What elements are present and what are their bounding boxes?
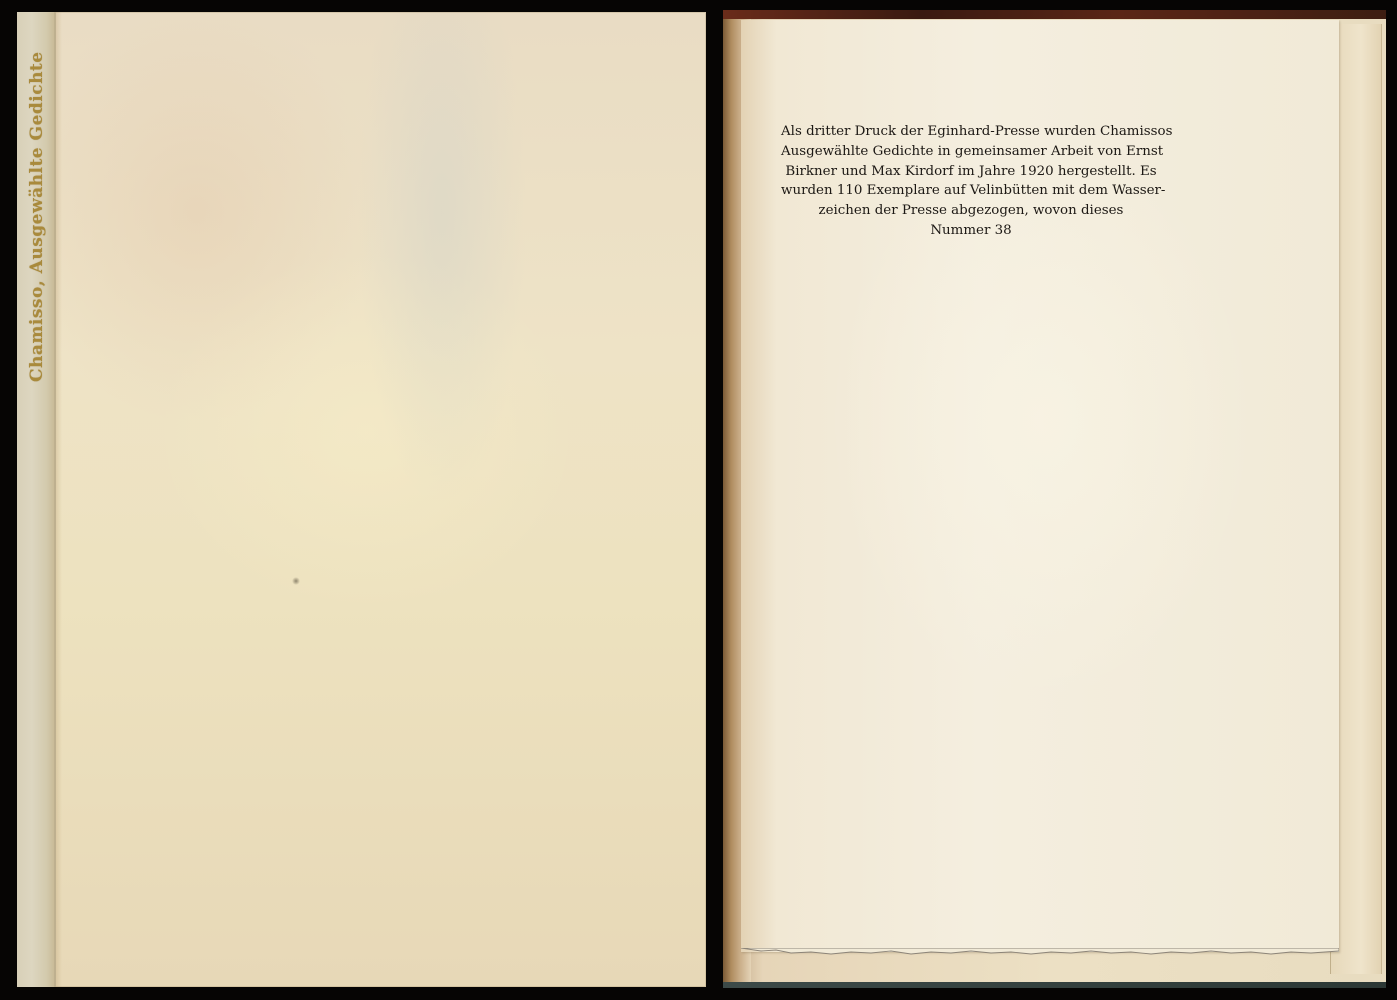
cover-hinge xyxy=(56,12,62,987)
book-front-cover: Chamisso, Ausgewählte Gedichte xyxy=(17,12,706,987)
colophon-line-4: wurden 110 Exemplare auf Velinbütten mit… xyxy=(781,181,1161,201)
colophon-line-3: Birkner und Max Kirdorf im Jahre 1920 he… xyxy=(781,162,1161,182)
colophon-line-2: Ausgewählte Gedichte in gemeinsamer Arbe… xyxy=(781,142,1161,162)
book-photograph: Chamisso, Ausgewählte Gedichte Als dritt… xyxy=(0,0,1397,1000)
colophon-edition-number: Nummer 38 xyxy=(781,221,1161,241)
book-spine: Chamisso, Ausgewählte Gedichte xyxy=(17,12,56,987)
board-top-edge xyxy=(723,10,1386,19)
deckle-edge-shape xyxy=(741,948,1339,958)
colophon-line-1: Als dritter Druck der Eginhard-Presse wu… xyxy=(781,122,1161,142)
deckle-edge xyxy=(741,948,1339,958)
colophon-text: Als dritter Druck der Eginhard-Presse wu… xyxy=(781,122,1161,241)
board-bottom-edge xyxy=(723,982,1386,988)
cover-stain xyxy=(292,577,300,585)
spine-title: Chamisso, Ausgewählte Gedichte xyxy=(27,51,47,382)
colophon-line-5: zeichen der Presse abgezogen, wovon dies… xyxy=(781,201,1161,221)
colophon-page: Als dritter Druck der Eginhard-Presse wu… xyxy=(741,20,1339,952)
